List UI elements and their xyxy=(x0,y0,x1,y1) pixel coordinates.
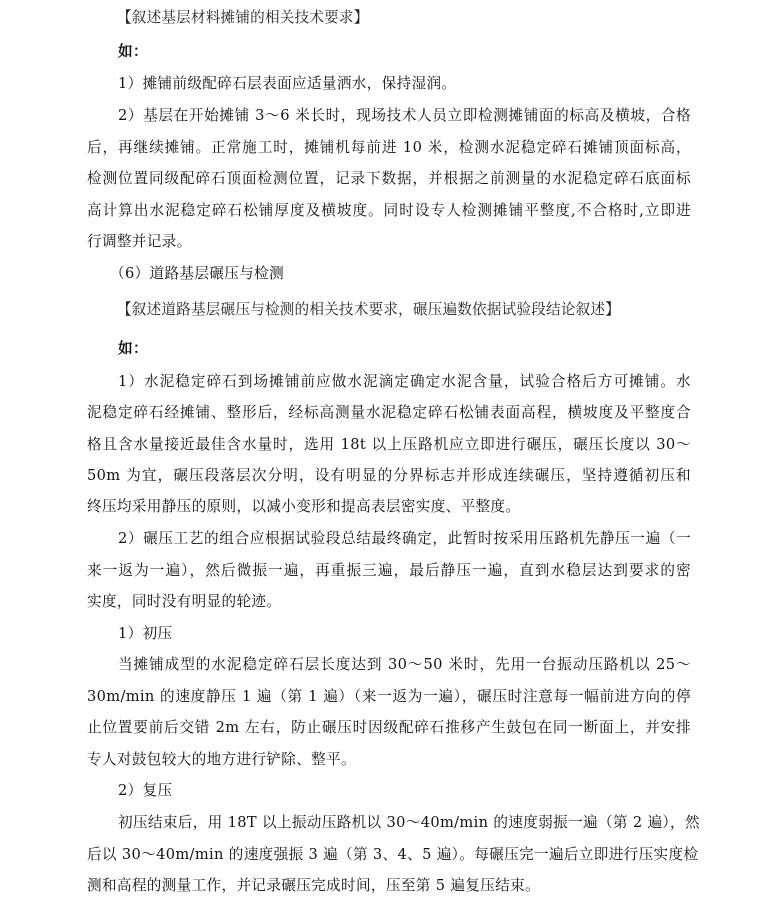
paragraph-line: 来一返为一遍），然后微振一遍，再重振三遍，最后静压一遍，直到水稳层达到要求的密 xyxy=(87,561,691,581)
example-label: 如： xyxy=(118,339,148,359)
paragraph-line: 行调整并记录。 xyxy=(87,232,192,252)
paragraph-line: 2）基层在开始摊铺 3～6 米长时，现场技术人员立即检测摊铺面的标高及横坡，合格 xyxy=(118,106,691,126)
paragraph-line: 高计算出水泥稳定碎石松铺厚度及横坡度。同时设专人检测摊铺平整度,不合格时,立即进 xyxy=(87,201,691,221)
section-subtitle-rolling: （6）道路基层碾压与检测 xyxy=(110,264,284,284)
example-label: 如： xyxy=(118,42,148,62)
paragraph-line: 2）碾压工艺的组合应根据试验段总结最终确定，此暂时按采用压路机先静压一遍（一 xyxy=(118,529,691,549)
subsection-title-initial-press: 1）初压 xyxy=(118,624,172,644)
paragraph-line: 当摊铺成型的水泥稳定碎石层长度达到 30～50 米时，先用一台振动压路机以 25… xyxy=(118,655,691,675)
paragraph-line: 实度，同时没有明显的轮迹。 xyxy=(87,592,281,612)
subsection-title-re-press: 2）复压 xyxy=(118,781,172,801)
paragraph-line: 终压均采用静压的原则，以减小变形和提高表层密实度、平整度。 xyxy=(87,497,520,517)
paragraph-line: 50m 为宜，碾压段落层次分明，设有明显的分界标志并形成连续碾压，坚持遵循初压和 xyxy=(87,466,691,486)
paragraph-line: 后以 30～40m/min 的速度强振 3 遍（第 3、4、5 遍）。每碾压完一… xyxy=(87,845,691,865)
paragraph-line: 专人对鼓包较大的地方进行铲除、整平。 xyxy=(87,750,356,770)
paragraph-line: 30m/min 的速度静压 1 遍（第 1 遍）（来一返为一遍），碾压时注意每一… xyxy=(87,687,691,707)
paragraph-line: 泥稳定碎石经摊铺、整形后，经标高测量水泥稳定碎石松铺表面高程，横坡度及平整度合 xyxy=(87,403,691,423)
paragraph-line: 1）摊铺前级配碎石层表面应适量洒水，保持湿润。 xyxy=(118,74,456,94)
section-heading-paving: 【叙述基层材料摊铺的相关技术要求】 xyxy=(117,8,369,28)
paragraph-line: 格且含水量接近最佳含水量时，选用 18t 以上压路机应立即进行碾压，碾压长度以 … xyxy=(87,435,691,455)
paragraph-line: 1）水泥稳定碎石到场摊铺前应做水泥滴定确定水泥含量，试验合格后方可摊铺。水 xyxy=(118,372,691,392)
section-heading-rolling: 【叙述道路基层碾压与检测的相关技术要求，碾压遍数依据试验段结论叙述】 xyxy=(117,300,620,320)
paragraph-line: 初压结束后，用 18T 以上振动压路机以 30～40m/min 的速度弱振一遍（… xyxy=(118,813,691,833)
paragraph-line: 测和高程的测量工作，并记录碾压完成时间，压至第 5 遍复压结束。 xyxy=(87,876,540,896)
paragraph-line: 止位置要前后交错 2m 左右，防止碾压时因级配碎石推移产生鼓包在同一断面上，并安… xyxy=(87,718,691,738)
paragraph-line: 后，再继续摊铺。正常施工时，摊铺机每前进 10 米，检测水泥稳定碎石摊铺顶面标高… xyxy=(87,138,691,158)
paragraph-line: 检测位置同级配碎石顶面检测位置，记录下数据，并根据之前测量的水泥稳定碎石底面标 xyxy=(87,169,691,189)
